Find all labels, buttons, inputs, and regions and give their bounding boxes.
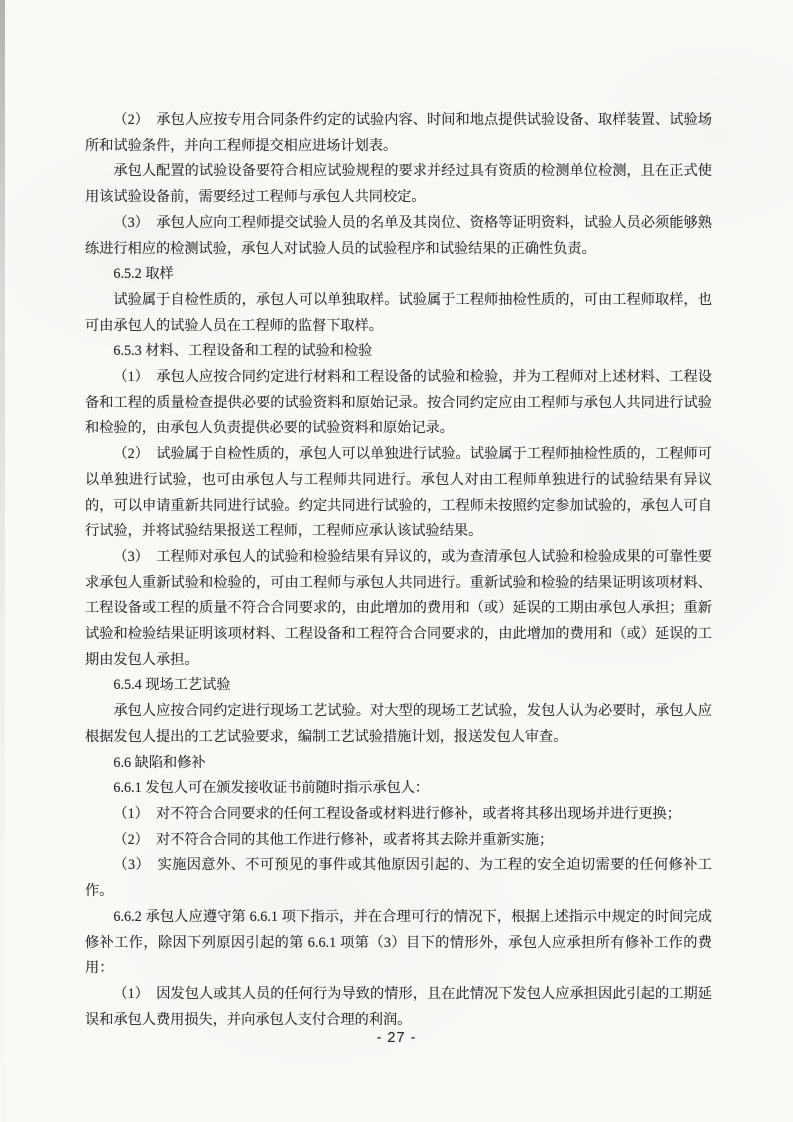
item-2-rework: （2） 对不符合合同的其他工作进行修补，或者将其去除并重新实施； <box>85 828 712 854</box>
item-3-retest-disputes: （3） 工程师对承包人的试验和检验结果有异议的，或为查清承包人试验和检验成果的可… <box>85 545 712 674</box>
item-3-test-personnel: （3） 承包人应向工程师提交试验人员的名单及其岗位、资格等证明资料，试验人员必须… <box>85 211 712 262</box>
sampling-rules: 试验属于自检性质的，承包人可以单独取样。试验属于工程师抽检性质的，可由工程师取样… <box>85 288 712 339</box>
item-2-test-content: （2） 承包人应按专用合同条件约定的试验内容、时间和地点提供试验设备、取样装置、… <box>85 108 712 159</box>
page-number: - 27 - <box>0 1030 793 1046</box>
heading-6-5-2-sampling: 6.5.2 取样 <box>85 262 712 288</box>
scan-edge-shadow <box>0 0 5 1122</box>
site-process-test-rules: 承包人应按合同约定进行现场工艺试验。对大型的现场工艺试验，发包人认为必要时，承包… <box>85 699 712 750</box>
item-1-repair-replace: （1） 对不符合合同要求的任何工程设备或材料进行修补，或者将其移出现场并进行更换… <box>85 802 712 828</box>
item-3-safety-repairs: （3） 实施因意外、不可预见的事件或其他原因引起的、为工程的安全迫切需要的任何修… <box>85 853 712 904</box>
contract-text-block: （2） 承包人应按专用合同条件约定的试验内容、时间和地点提供试验设备、取样装置、… <box>85 108 712 1033</box>
item-1-material-tests: （1） 承包人应按合同约定进行材料和工程设备的试验和检验，并为工程师对上述材料、… <box>85 365 712 442</box>
heading-6-6-defects-repair: 6.6 缺陷和修补 <box>85 751 712 777</box>
heading-6-5-4-site-process-test: 6.5.4 现场工艺试验 <box>85 673 712 699</box>
clause-6-6-1-instructions: 6.6.1 发包人可在颁发接收证书前随时指示承包人： <box>85 776 712 802</box>
clause-6-6-2-compliance: 6.6.2 承包人应遵守第 6.6.1 项下指示，并在合理可行的情况下，根据上述… <box>85 905 712 982</box>
heading-6-5-3-materials-equipment-works-test: 6.5.3 材料、工程设备和工程的试验和检验 <box>85 339 712 365</box>
scanned-contract-page: （2） 承包人应按专用合同条件约定的试验内容、时间和地点提供试验设备、取样装置、… <box>0 0 793 1122</box>
item-1-employer-caused: （1） 因发包人或其人员的任何行为导致的情形，且在此情况下发包人应承担因此引起的… <box>85 982 712 1033</box>
item-2-self-check-tests: （2） 试验属于自检性质的，承包人可以单独进行试验。试验属于工程师抽检性质的，工… <box>85 442 712 545</box>
test-equipment-requirements: 承包人配置的试验设备要符合相应试验规程的要求并经过具有资质的检测单位检测，且在正… <box>85 159 712 210</box>
